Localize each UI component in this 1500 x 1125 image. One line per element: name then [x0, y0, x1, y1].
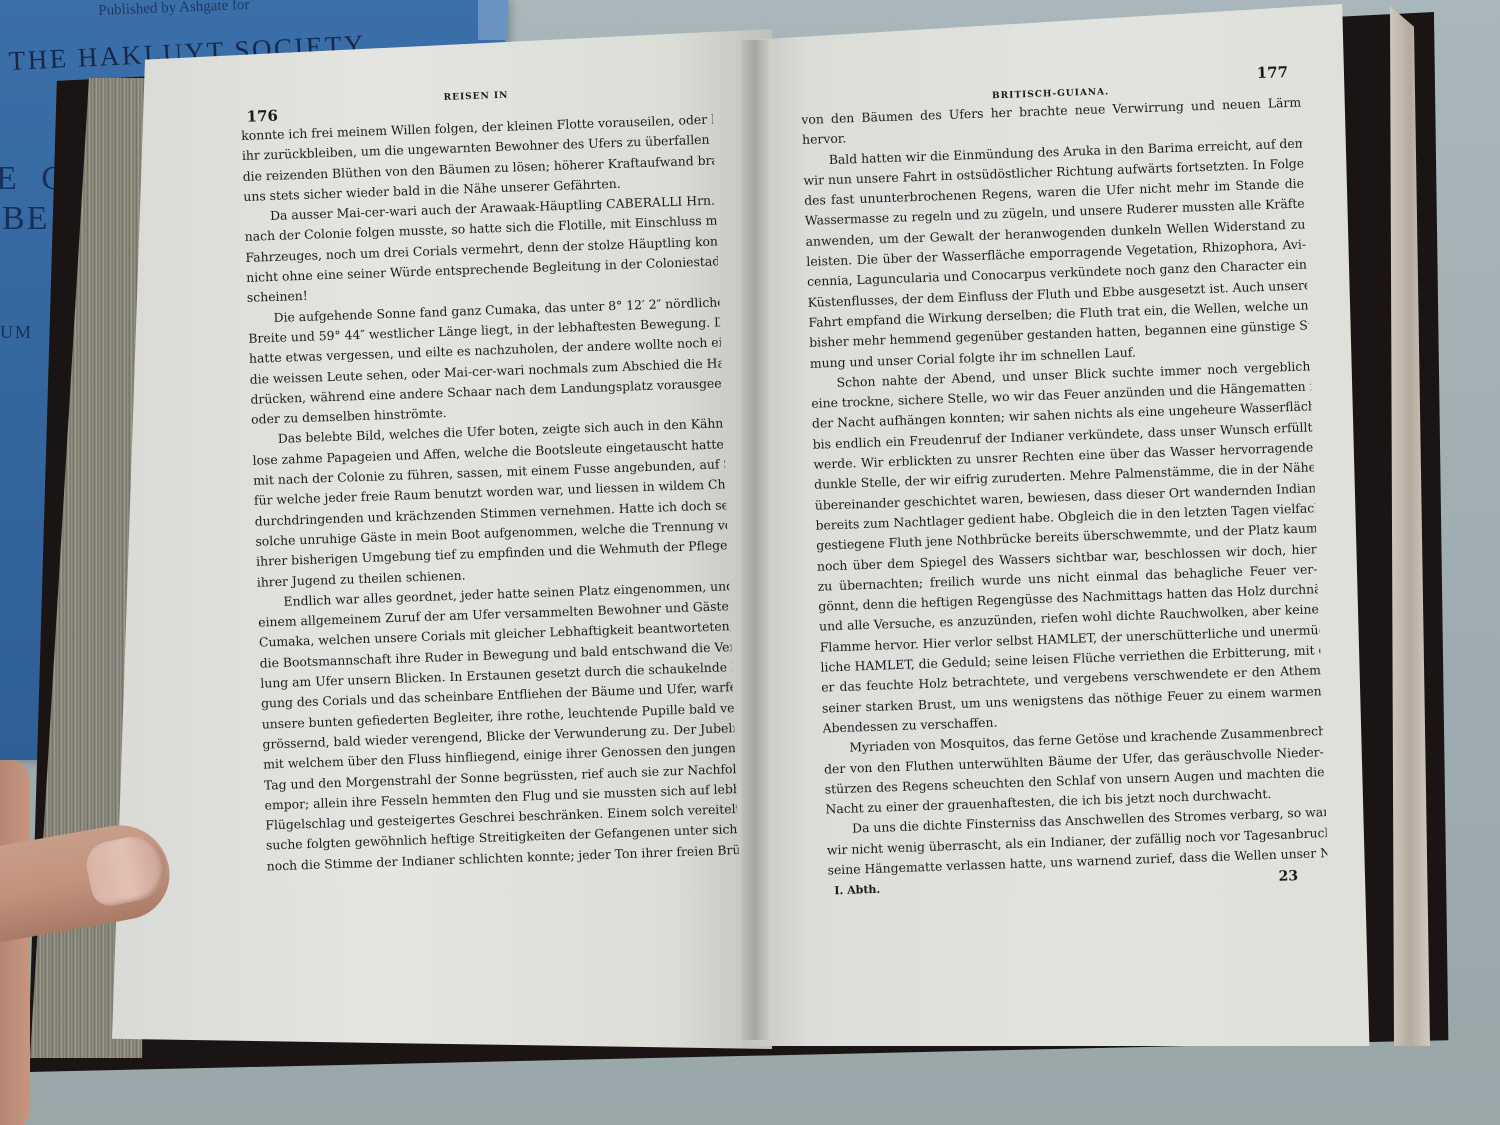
right-page-text: 177 BRITISCH-GUIANA. von den Bäumen des …: [800, 63, 1328, 901]
right-page-lines: von den Bäumen des Ufers her brachte neu…: [801, 93, 1328, 881]
footer-signature: 23: [1278, 868, 1298, 885]
book-gutter: [740, 40, 770, 1040]
background-book-edge: [478, 0, 508, 40]
hand-palm: [0, 760, 30, 1125]
left-page-lines: konnte ich frei meinem Willen folgen, de…: [241, 110, 739, 877]
background-book-fragment: BE: [2, 200, 49, 238]
footer-volume: I. Abth.: [834, 883, 880, 901]
background-book-fragment: UM: [0, 322, 33, 343]
left-page-text: REISEN IN 176 konnte ich frei meinem Wil…: [240, 84, 739, 877]
